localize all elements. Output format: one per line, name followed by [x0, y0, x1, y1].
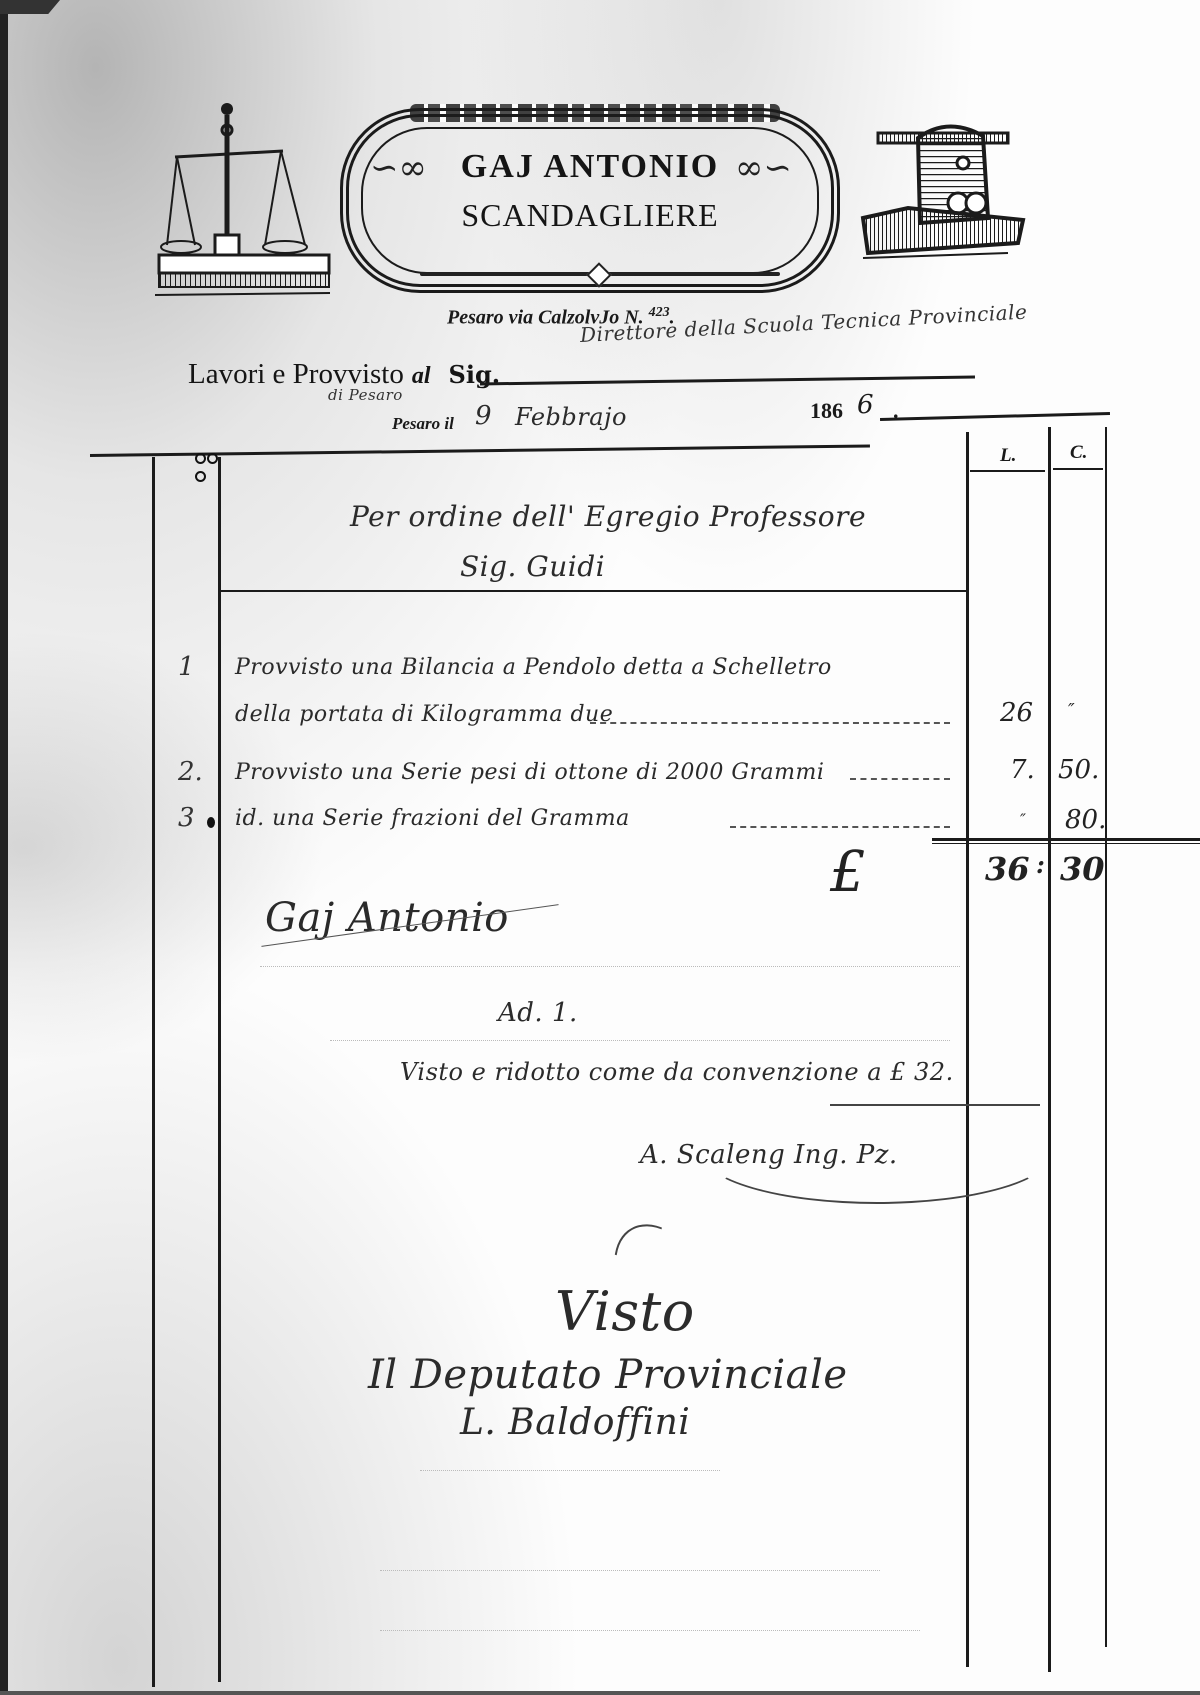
order-note-line1: Per ordine dell' Egregio Professore: [350, 500, 866, 533]
faint-ruling: [380, 1630, 920, 1631]
item-description-cont: della portata di Kilogramma due: [235, 702, 613, 727]
item-number: 1: [178, 652, 195, 682]
lire-column-right-line: [1048, 427, 1051, 1672]
order-note-line2: Sig. Guidi: [460, 550, 605, 583]
date-month: Febbrajo: [515, 403, 627, 431]
margin-line-outer: [152, 457, 155, 1687]
faint-ruling: [380, 1570, 880, 1571]
item-lire: 7.: [1010, 755, 1035, 785]
lire-column-left-line: [966, 432, 969, 1667]
merchant-name: GAJ ANTONIO: [340, 148, 840, 186]
scan-folded-corner: [0, 0, 60, 14]
date-day: 9: [475, 401, 492, 431]
date-place: Pesaro il: [392, 414, 454, 434]
recipient-underline: [480, 376, 975, 386]
total-lire: 36: [985, 850, 1030, 888]
merchant-trade: SCANDAGLIERE: [340, 197, 840, 234]
faint-ruling: [330, 1040, 950, 1041]
order-note-divider: [220, 590, 968, 592]
item-leader-dots: [590, 722, 950, 724]
date-year-printed: 186: [810, 398, 843, 424]
approval-reference: Ad. 1.: [498, 998, 578, 1028]
item-leader-dots: [730, 826, 950, 828]
item-number: 3: [178, 803, 195, 833]
date-year-handwritten: 6: [857, 390, 874, 420]
item-lire: 26: [1000, 698, 1033, 728]
total-lira-symbol: £: [830, 840, 866, 905]
item-lire: ″: [1020, 810, 1026, 829]
lire-header-rule: [970, 470, 1045, 472]
approval-text: Visto e ridotto come da convenzione a £ …: [400, 1058, 954, 1086]
item-number: 2.: [178, 757, 203, 787]
ink-blot: [207, 817, 215, 828]
faint-ruling: [420, 1470, 720, 1471]
recipient-city: di Pesaro: [328, 386, 403, 404]
item-centesimi: 80.: [1065, 805, 1106, 835]
scan-edge-left: [0, 0, 8, 1695]
faint-ruling: [260, 966, 960, 967]
balance-scale-icon: [155, 95, 335, 305]
total-rule-bottom: [932, 843, 1200, 844]
engineer-signature: A. Scaleng Ing. Pz.: [640, 1140, 898, 1170]
deputato-title: Il Deputato Provinciale: [368, 1352, 848, 1398]
document-page: ∽∞ ∞∽ GAJ ANTONIO SCANDAGLIERE Pesaro vi…: [0, 0, 1200, 1695]
scan-edge-bottom: [0, 1691, 1200, 1695]
column-lire-header: L.: [1000, 445, 1016, 467]
centesimi-header-rule: [1053, 468, 1103, 470]
item-description: Provvisto una Bilancia a Pendolo detta a…: [235, 655, 832, 680]
total-rule-top: [932, 838, 1200, 841]
total-separator: :: [1036, 850, 1045, 879]
weighing-machine-icon: [858, 108, 1028, 263]
column-centesimi-header: C.: [1070, 442, 1087, 464]
item-centesimi: ″: [1068, 700, 1075, 721]
item-leader-dots: [850, 778, 950, 780]
deputato-signature: L. Baldoffini: [460, 1402, 690, 1443]
item-centesimi: 50.: [1058, 755, 1099, 785]
bill-to-al: al: [412, 363, 431, 389]
merchant-signature: Gaj Antonio: [265, 895, 509, 941]
margin-line-inner: [218, 457, 221, 1682]
item-description: Provvisto una Serie pesi di ottone di 20…: [235, 760, 824, 785]
date-rule-right: [880, 412, 1110, 421]
item-description: id. una Serie frazioni del Gramma: [235, 806, 630, 831]
total-centesimi: 30: [1060, 850, 1105, 888]
centesimi-column-right-line: [1105, 427, 1107, 1647]
